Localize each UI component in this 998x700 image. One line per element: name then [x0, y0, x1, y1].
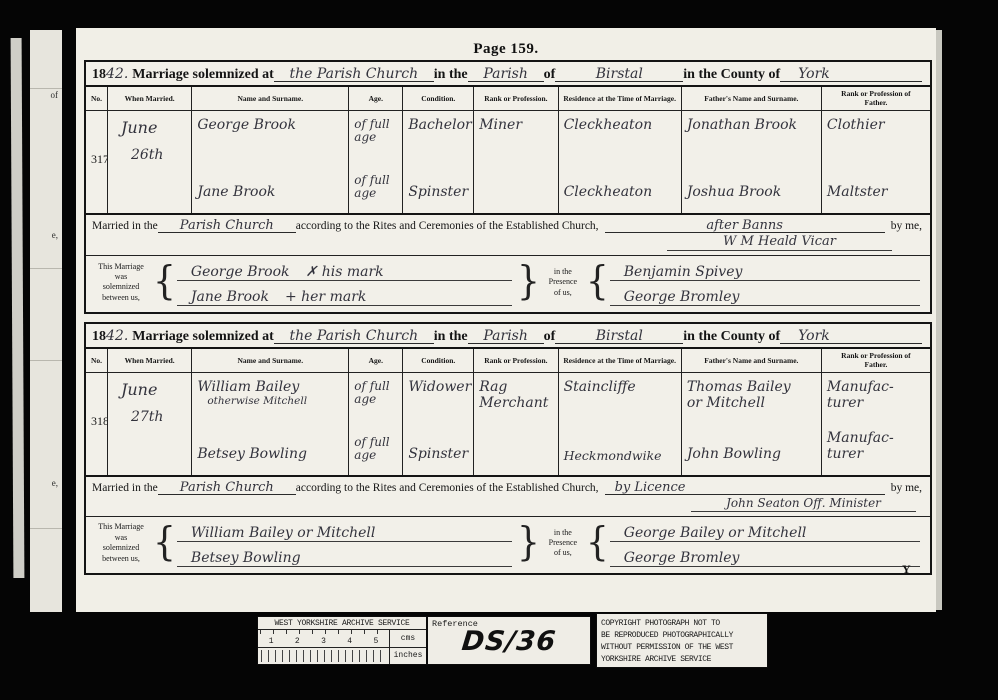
rites-text: according to the Rites and Ceremonies of… — [296, 482, 599, 494]
reference-number: DS/36 — [426, 626, 591, 657]
married-in-text: Married in the — [92, 482, 158, 494]
cm-tick-label: 1 — [269, 637, 274, 646]
county-text: in the County of — [683, 329, 780, 345]
bride-age: of full age — [354, 436, 399, 462]
married-in-line: Married in the Parish Church according t… — [86, 213, 930, 255]
day-handwritten: 27th — [131, 409, 188, 425]
witness2-line: George Bromley — [610, 545, 920, 567]
register-page: Page 159. 18 42. Marriage solemnized at … — [76, 28, 936, 612]
witness-signatures: George Bailey or Mitchell George Bromley — [610, 520, 920, 567]
signatures-section: This Marriage was solemnized between us,… — [86, 516, 930, 573]
bride-signature: Jane Brook — [191, 289, 269, 305]
ceremony-mode-handwritten: by Licence — [605, 481, 885, 495]
married-in-text: Married in the — [92, 220, 158, 232]
witness1-line: Benjamin Spivey — [610, 259, 920, 281]
page-fragment: of — [51, 90, 59, 100]
party-signatures: George Brook ✗ his mark Jane Brook + her… — [177, 259, 512, 306]
photo-edge-strip — [11, 38, 25, 578]
groom-rank: Miner — [479, 118, 554, 133]
month-handwritten: June — [121, 380, 188, 399]
bride-signature: Betsey Bowling — [191, 550, 301, 566]
age-cell: of full age of full age — [349, 111, 403, 213]
church-name-handwritten: the Parish Church — [274, 329, 434, 344]
entry-number-cell: 318 — [86, 373, 108, 475]
register-header-line: 18 42. Marriage solemnized at the Parish… — [86, 62, 930, 85]
bride-signature-line: Jane Brook + her mark — [177, 284, 512, 306]
groom-name: George Brook — [197, 118, 345, 133]
solemnized-at-text: Marriage solemnized at — [132, 329, 274, 345]
bride-father: Joshua Brook — [687, 185, 818, 200]
cms-unit-label: cms — [389, 630, 426, 647]
by-me-text: by me, — [891, 482, 922, 494]
presence-label: in the Presence of us, — [541, 528, 585, 559]
groom-condition: Widower — [408, 380, 470, 395]
page-fragment: e, — [52, 230, 58, 240]
page-fragment: e, — [52, 478, 58, 488]
groom-name: William Bailey — [197, 379, 299, 395]
groom-age: of full age — [354, 380, 399, 406]
this-marriage-label: This Marriage was solemnized between us, — [90, 522, 152, 564]
groom-rank: Rag Merchant — [479, 380, 554, 411]
bride-signature-line: Betsey Bowling — [177, 545, 512, 567]
of-text: of — [544, 67, 556, 83]
inch-scale-row: inches — [258, 648, 426, 665]
when-married-cell: June 27th — [108, 373, 192, 475]
archive-service-name: WEST YORKSHIRE ARCHIVE SERVICE — [258, 617, 426, 630]
column-header-name: Name and Surname. — [192, 87, 349, 111]
parish-handwritten: Parish — [468, 67, 544, 82]
copyright-notice: COPYRIGHT PHOTOGRAPH NOT TO BE REPRODUCE… — [596, 613, 768, 668]
solemnized-at-text: Marriage solemnized at — [132, 67, 274, 83]
groom-father-rank: Clothier — [827, 118, 927, 133]
this-marriage-label: This Marriage was solemnized between us, — [90, 262, 152, 304]
brace-open-icon: { — [585, 523, 610, 563]
brace-open-icon: { — [152, 523, 177, 563]
year-handwritten: 42. — [106, 328, 128, 344]
year-handwritten: 42. — [106, 66, 128, 82]
parish-name-handwritten: Birstal — [555, 67, 683, 82]
ceremony-mode-handwritten: after Banns — [605, 219, 885, 233]
page-corner-letter: Y — [902, 562, 911, 577]
marriage-record-317: 18 42. Marriage solemnized at the Parish… — [84, 60, 932, 314]
county-text: in the County of — [683, 67, 780, 83]
age-cell: of full age of full age — [349, 373, 403, 475]
bride-name: Betsey Bowling — [197, 447, 345, 462]
brace-open-icon: { — [585, 263, 610, 303]
brace-close-icon: } — [516, 523, 541, 563]
brace-open-icon: { — [152, 263, 177, 303]
inch-ticks — [261, 650, 386, 663]
cm-scale-row: 1 2 3 4 5 cms — [258, 630, 426, 648]
divider — [30, 360, 62, 361]
column-header-rank: Rank or Profession. — [474, 349, 558, 373]
father-name-cell: Thomas Bailey or Mitchell John Bowling — [682, 373, 822, 475]
cm-tick-label: 5 — [373, 637, 378, 646]
copyright-line: YORKSHIRE ARCHIVE SERVICE — [601, 654, 763, 666]
signatures-section: This Marriage was solemnized between us,… — [86, 255, 930, 312]
groom-signature: William Bailey or Mitchell — [191, 525, 375, 541]
witness2-signature: George Bromley — [624, 550, 740, 566]
marriage-record-318: 18 42. Marriage solemnized at the Parish… — [84, 322, 932, 575]
year-printed: 18 — [92, 67, 106, 83]
column-header-age: Age. — [349, 87, 403, 111]
column-header-condition: Condition. — [403, 349, 474, 373]
column-header-condition: Condition. — [403, 87, 474, 111]
groom-signature-line: William Bailey or Mitchell — [177, 520, 512, 542]
bride-residence: Cleckheaton — [564, 185, 678, 200]
column-header-residence: Residence at the Time of Marriage. — [559, 349, 682, 373]
father-name-cell: Jonathan Brook Joshua Brook — [682, 111, 822, 213]
column-header-rank: Rank or Profession. — [474, 87, 558, 111]
of-text: of — [544, 329, 556, 345]
witness2-signature: George Bromley — [624, 289, 740, 305]
groom-signature-line: George Brook ✗ his mark — [177, 259, 512, 281]
column-header-when-married: When Married. — [108, 87, 192, 111]
brace-close-icon: } — [516, 263, 541, 303]
witness2-line: George Bromley — [610, 284, 920, 306]
bride-age: of full age — [354, 174, 399, 200]
witness1-signature: Benjamin Spivey — [624, 264, 743, 280]
entry-row: 318 June 27th William Bailey otherwise M… — [86, 373, 930, 475]
groom-father: Jonathan Brook — [687, 118, 818, 133]
bride-condition: Spinster — [408, 447, 470, 462]
condition-cell: Widower Spinster — [403, 373, 474, 475]
parish-handwritten: Parish — [468, 329, 544, 344]
bride-father-rank: Manufac- turer — [827, 431, 927, 462]
officiant-signature: John Seaton Off. Minister — [691, 496, 916, 511]
witness1-line: George Bailey or Mitchell — [610, 520, 920, 542]
register-table: No. When Married. Name and Surname. Age.… — [86, 347, 930, 475]
residence-cell: Staincliffe Heckmondwike — [559, 373, 682, 475]
groom-residence: Staincliffe — [564, 380, 678, 395]
entry-row: 317 June 26th George Brook Jane Brook of… — [86, 111, 930, 213]
column-header-father-rank: Rank or Profession of Father. — [822, 87, 930, 111]
archive-ruler-label: WEST YORKSHIRE ARCHIVE SERVICE 1 2 3 4 5… — [257, 616, 427, 665]
divider — [30, 528, 62, 529]
month-handwritten: June — [121, 118, 188, 137]
residence-cell: Cleckheaton Cleckheaton — [559, 111, 682, 213]
by-me-text: by me, — [891, 220, 922, 232]
column-header-no: No. — [86, 349, 108, 373]
entry-number: 317 — [91, 152, 104, 167]
cm-tick-label: 2 — [295, 637, 300, 646]
copyright-line: BE REPRODUCED PHOTOGRAPHICALLY — [601, 630, 763, 642]
church-fill-handwritten: Parish Church — [158, 481, 296, 495]
in-the-text: in the — [434, 329, 468, 345]
cm-scale: 1 2 3 4 5 — [258, 630, 389, 647]
table-header-row: No. When Married. Name and Surname. Age.… — [86, 87, 930, 111]
father-rank-cell: Clothier Maltster — [822, 111, 930, 213]
divider — [30, 88, 62, 89]
scanned-photograph: of e, e, Page 159. 18 42. Marriage solem… — [0, 0, 998, 700]
church-fill-handwritten: Parish Church — [158, 219, 296, 233]
groom-signature: George Brook — [191, 264, 290, 280]
bride-residence: Heckmondwike — [564, 449, 678, 463]
year-printed: 18 — [92, 329, 106, 345]
county-handwritten: York — [780, 67, 922, 82]
groom-father-rank: Manufac- turer — [827, 380, 927, 411]
copyright-line: COPYRIGHT PHOTOGRAPH NOT TO — [601, 618, 763, 630]
rank-cell: Rag Merchant — [474, 373, 558, 475]
parish-name-handwritten: Birstal — [555, 329, 683, 344]
register-header-line: 18 42. Marriage solemnized at the Parish… — [86, 324, 930, 347]
table-header-row: No. When Married. Name and Surname. Age.… — [86, 349, 930, 373]
officiant-signature: W M Heald Vicar — [667, 234, 892, 251]
column-header-age: Age. — [349, 349, 403, 373]
father-rank-cell: Manufac- turer Manufac- turer — [822, 373, 930, 475]
party-signatures: William Bailey or Mitchell Betsey Bowlin… — [177, 520, 512, 567]
copyright-line: WITHOUT PERMISSION OF THE WEST — [601, 642, 763, 654]
column-header-father: Father's Name and Surname. — [682, 87, 822, 111]
name-cell: George Brook Jane Brook — [192, 111, 349, 213]
groom-father: Thomas Bailey or Mitchell — [687, 380, 818, 411]
groom-condition: Bachelor — [408, 118, 470, 133]
name-cell: William Bailey otherwise Mitchell Betsey… — [192, 373, 349, 475]
county-handwritten: York — [780, 329, 922, 344]
previous-page-edge: of e, e, — [30, 30, 62, 612]
column-header-name: Name and Surname. — [192, 349, 349, 373]
entry-number: 318 — [91, 414, 104, 429]
page-title: Page 159. — [76, 41, 936, 58]
inches-unit-label: inches — [389, 648, 426, 665]
rites-text: according to the Rites and Ceremonies of… — [296, 220, 599, 232]
condition-cell: Bachelor Spinster — [403, 111, 474, 213]
married-in-line: Married in the Parish Church according t… — [86, 475, 930, 515]
church-name-handwritten: the Parish Church — [274, 67, 434, 82]
groom-alias: otherwise Mitchell — [207, 396, 345, 408]
day-handwritten: 26th — [131, 147, 188, 163]
column-header-father: Father's Name and Surname. — [682, 349, 822, 373]
column-header-father-rank: Rank or Profession of Father. — [822, 349, 930, 373]
groom-mark: ✗ his mark — [306, 264, 384, 280]
register-table: No. When Married. Name and Surname. Age.… — [86, 85, 930, 213]
bride-mark: + her mark — [285, 289, 366, 305]
column-header-no: No. — [86, 87, 108, 111]
rank-cell: Miner — [474, 111, 558, 213]
cm-ticks — [260, 630, 387, 634]
groom-age: of full age — [354, 118, 399, 144]
cm-tick-label: 4 — [347, 637, 352, 646]
bride-condition: Spinster — [408, 185, 470, 200]
presence-label: in the Presence of us, — [541, 267, 585, 298]
in-the-text: in the — [434, 67, 468, 83]
page-right-edge — [936, 30, 942, 610]
entry-number-cell: 317 — [86, 111, 108, 213]
column-header-residence: Residence at the Time of Marriage. — [559, 87, 682, 111]
when-married-cell: June 26th — [108, 111, 192, 213]
groom-residence: Cleckheaton — [564, 118, 678, 133]
reference-label-box: Reference DS/36 — [427, 616, 591, 665]
bride-name: Jane Brook — [197, 185, 345, 200]
bride-father: John Bowling — [687, 447, 818, 462]
cm-tick-label: 3 — [321, 637, 326, 646]
column-header-when-married: When Married. — [108, 349, 192, 373]
divider — [30, 268, 62, 269]
bride-father-rank: Maltster — [827, 185, 927, 200]
witness-signatures: Benjamin Spivey George Bromley — [610, 259, 920, 306]
witness1-signature: George Bailey or Mitchell — [624, 525, 807, 541]
